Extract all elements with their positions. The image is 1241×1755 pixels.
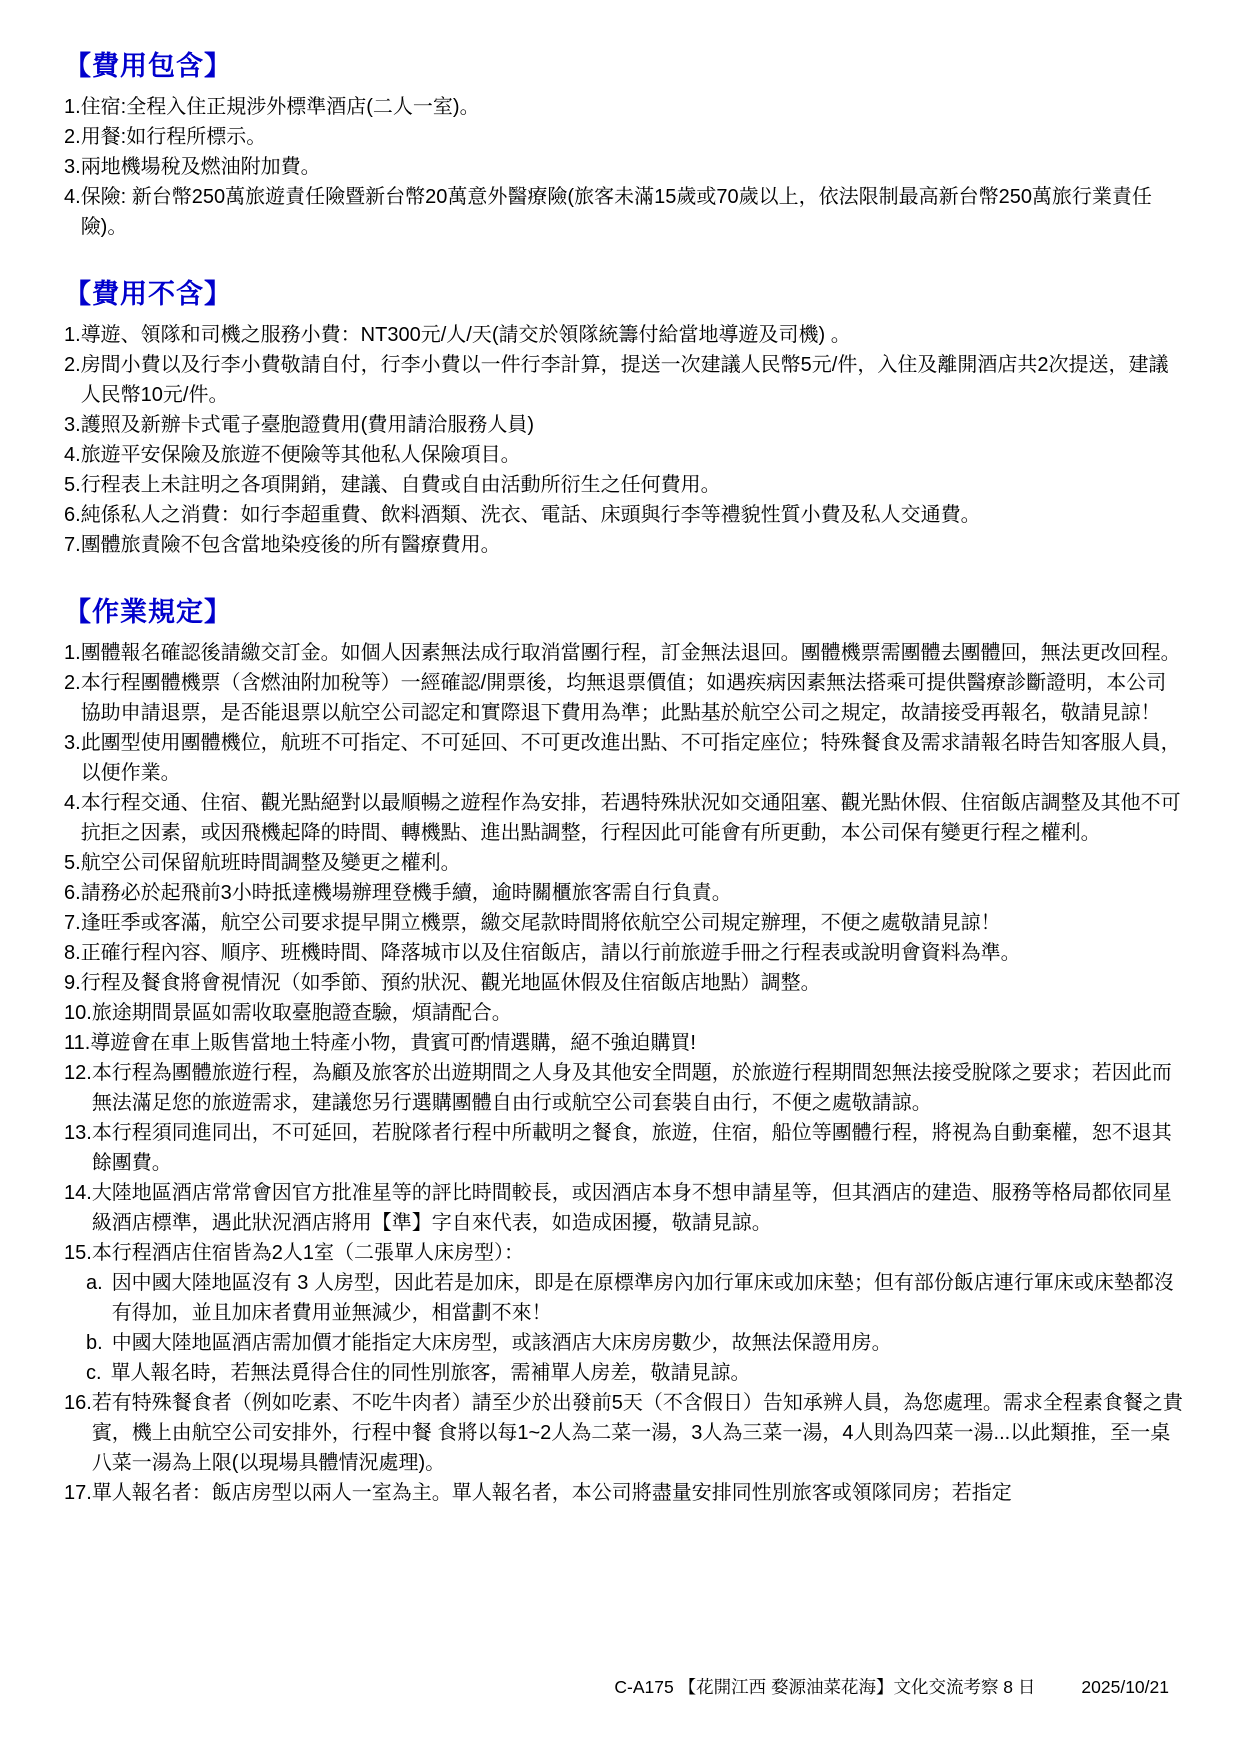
item-number: 6. (64, 500, 81, 530)
item-number: 7. (64, 908, 81, 938)
item-text: 住宿:全程入住正規涉外標準酒店(二人一室)。 (81, 92, 1183, 122)
item-text: 大陸地區酒店常常會因官方批准星等的評比時間較長，或因酒店本身不想申請星等，但其酒… (92, 1178, 1183, 1238)
list-item: 9.行程及餐食將會視情況（如季節、預約狀況、觀光地區休假及住宿飯店地點）調整。 (64, 968, 1183, 998)
list-item: 7.團體旅責險不包含當地染疫後的所有醫療費用。 (64, 530, 1183, 560)
list-item: 15.本行程酒店住宿皆為2人1室（二張單人床房型）： (64, 1238, 1183, 1268)
item-number: 11. (64, 1028, 90, 1058)
item-text: 導遊、領隊和司機之服務小費：NT300元/人/天(請交於領隊統籌付給當地導遊及司… (81, 320, 1183, 350)
item-text: 旅途期間景區如需收取臺胞證查驗，煩請配合。 (92, 998, 1183, 1028)
page-footer: C-A175 【花開江西 婺源油菜花海】文化交流考察 8 日 2025/10/2… (0, 1676, 1169, 1698)
item-text: 行程及餐食將會視情況（如季節、預約狀況、觀光地區休假及住宿飯店地點）調整。 (81, 968, 1183, 998)
list-item: 1.團體報名確認後請繳交訂金。如個人因素無法成行取消當團行程，訂金無法退回。團體… (64, 638, 1183, 668)
item-number: 12. (64, 1058, 92, 1088)
section: 【費用包含】1.住宿:全程入住正規涉外標準酒店(二人一室)。2.用餐:如行程所標… (64, 48, 1183, 242)
item-number: 4. (64, 788, 81, 818)
list-item: 2.本行程團體機票（含燃油附加稅等）一經確認/開票後，均無退票價值；如遇疾病因素… (64, 668, 1183, 728)
item-number: 17. (64, 1478, 92, 1508)
list-item: 8.正確行程內容、順序、班機時間、降落城市以及住宿飯店，請以行前旅遊手冊之行程表… (64, 938, 1183, 968)
list-item: 13.本行程須同進同出，不可延回，若脫隊者行程中所載明之餐食，旅遊，住宿，船位等… (64, 1118, 1183, 1178)
list-item: 7.逢旺季或客滿，航空公司要求提早開立機票，繳交尾款時間將依航空公司規定辦理，不… (64, 908, 1183, 938)
item-number: 2. (64, 350, 81, 380)
item-text: 正確行程內容、順序、班機時間、降落城市以及住宿飯店，請以行前旅遊手冊之行程表或說… (81, 938, 1183, 968)
item-text: 若有特殊餐食者（例如吃素、不吃牛肉者）請至少於出發前5天（不含假日）告知承辨人員… (92, 1388, 1183, 1478)
item-number: 7. (64, 530, 81, 560)
section-title: 【費用不含】 (64, 276, 1183, 312)
subitem-text: 因中國大陸地區沒有 3 人房型，因此若是加床，即是在原標準房內加行軍床或加床墊；… (112, 1268, 1183, 1328)
list-subitem: a.因中國大陸地區沒有 3 人房型，因此若是加床，即是在原標準房內加行軍床或加床… (86, 1268, 1183, 1328)
item-number: 6. (64, 878, 81, 908)
section-title: 【費用包含】 (64, 48, 1183, 84)
item-number: 5. (64, 848, 81, 878)
list-item: 5.行程表上未註明之各項開銷，建議、自費或自由活動所衍生之任何費用。 (64, 470, 1183, 500)
footer-tour-code-title: C-A175 【花開江西 婺源油菜花海】文化交流考察 8 日 (614, 1676, 1035, 1698)
item-number: 3. (64, 152, 81, 182)
item-text: 此團型使用團體機位，航班不可指定、不可延回、不可更改進出點、不可指定座位；特殊餐… (81, 728, 1183, 788)
item-text: 護照及新辦卡式電子臺胞證費用(費用請洽服務人員) (81, 410, 1183, 440)
item-number: 1. (64, 92, 81, 122)
list-subitem: c.單人報名時，若無法覓得合住的同性別旅客，需補單人房差，敬請見諒。 (86, 1358, 1183, 1388)
item-text: 本行程酒店住宿皆為2人1室（二張單人床房型）： (92, 1238, 1183, 1268)
item-text: 本行程交通、住宿、觀光點絕對以最順暢之遊程作為安排，若遇特殊狀況如交通阻塞、觀光… (81, 788, 1183, 848)
list-item: 2.用餐:如行程所標示。 (64, 122, 1183, 152)
item-text: 單人報名者：飯店房型以兩人一室為主。單人報名者，本公司將盡量安排同性別旅客或領隊… (92, 1478, 1183, 1508)
item-number: 14. (64, 1178, 92, 1208)
section-title: 【作業規定】 (64, 594, 1183, 630)
item-text: 房間小費以及行李小費敬請自付，行李小費以一件行李計算，提送一次建議人民幣5元/件… (81, 350, 1183, 410)
list-item: 6.純係私人之消費：如行李超重費、飲料酒類、洗衣、電話、床頭與行李等禮貌性質小費… (64, 500, 1183, 530)
item-number: 2. (64, 668, 81, 698)
item-number: 15. (64, 1238, 92, 1268)
item-text: 航空公司保留航班時間調整及變更之權利。 (81, 848, 1183, 878)
item-number: 3. (64, 728, 81, 758)
item-text: 導遊會在車上販售當地土特產小物，貴賓可酌情選購，絕不強迫購買! (90, 1028, 1183, 1058)
item-text: 旅遊平安保險及旅遊不便險等其他私人保險項目。 (81, 440, 1183, 470)
subitem-letter: b. (86, 1328, 103, 1358)
item-number: 1. (64, 320, 81, 350)
item-number: 1. (64, 638, 81, 668)
item-number: 16. (64, 1388, 92, 1418)
item-number: 2. (64, 122, 81, 152)
item-text: 用餐:如行程所標示。 (81, 122, 1183, 152)
item-number: 5. (64, 470, 81, 500)
list-item: 6.請務必於起飛前3小時抵達機場辦理登機手續，逾時關櫃旅客需自行負責。 (64, 878, 1183, 908)
item-text: 純係私人之消費：如行李超重費、飲料酒類、洗衣、電話、床頭與行李等禮貌性質小費及私… (81, 500, 1183, 530)
item-number: 10. (64, 998, 92, 1028)
footer-date: 2025/10/21 (1081, 1676, 1169, 1698)
document-page: 【費用包含】1.住宿:全程入住正規涉外標準酒店(二人一室)。2.用餐:如行程所標… (0, 0, 1241, 1508)
list-item: 4.保險: 新台幣250萬旅遊責任險暨新台幣20萬意外醫療險(旅客未滿15歲或7… (64, 182, 1183, 242)
item-text: 團體報名確認後請繳交訂金。如個人因素無法成行取消當團行程，訂金無法退回。團體機票… (81, 638, 1183, 668)
item-text: 行程表上未註明之各項開銷，建議、自費或自由活動所衍生之任何費用。 (81, 470, 1183, 500)
item-text: 本行程須同進同出，不可延回，若脫隊者行程中所載明之餐食，旅遊，住宿，船位等團體行… (92, 1118, 1183, 1178)
item-text: 兩地機場稅及燃油附加費。 (81, 152, 1183, 182)
item-number: 4. (64, 182, 81, 212)
subitem-letter: c. (86, 1358, 102, 1388)
item-text: 保險: 新台幣250萬旅遊責任險暨新台幣20萬意外醫療險(旅客未滿15歲或70歲… (81, 182, 1183, 242)
list-item: 5.航空公司保留航班時間調整及變更之權利。 (64, 848, 1183, 878)
item-text: 請務必於起飛前3小時抵達機場辦理登機手續，逾時關櫃旅客需自行負責。 (81, 878, 1183, 908)
list-item: 1.導遊、領隊和司機之服務小費：NT300元/人/天(請交於領隊統籌付給當地導遊… (64, 320, 1183, 350)
item-number: 3. (64, 410, 81, 440)
item-text: 團體旅責險不包含當地染疫後的所有醫療費用。 (81, 530, 1183, 560)
list-item: 17.單人報名者：飯店房型以兩人一室為主。單人報名者，本公司將盡量安排同性別旅客… (64, 1478, 1183, 1508)
list-item: 11.導遊會在車上販售當地土特產小物，貴賓可酌情選購，絕不強迫購買! (64, 1028, 1183, 1058)
subitem-letter: a. (86, 1268, 103, 1298)
list-item: 3.兩地機場稅及燃油附加費。 (64, 152, 1183, 182)
item-number: 13. (64, 1118, 92, 1148)
item-number: 4. (64, 440, 81, 470)
list-item: 12.本行程為團體旅遊行程，為顧及旅客於出遊期間之人身及其他安全問題，於旅遊行程… (64, 1058, 1183, 1118)
item-text: 逢旺季或客滿，航空公司要求提早開立機票，繳交尾款時間將依航空公司規定辦理，不便之… (81, 908, 1183, 938)
list-item: 3.此團型使用團體機位，航班不可指定、不可延回、不可更改進出點、不可指定座位；特… (64, 728, 1183, 788)
item-number: 8. (64, 938, 81, 968)
item-text: 本行程為團體旅遊行程，為顧及旅客於出遊期間之人身及其他安全問題，於旅遊行程期間恕… (92, 1058, 1183, 1118)
list-item: 2.房間小費以及行李小費敬請自付，行李小費以一件行李計算，提送一次建議人民幣5元… (64, 350, 1183, 410)
subitem-text: 中國大陸地區酒店需加價才能指定大床房型，或該酒店大床房房數少，故無法保證用房。 (112, 1328, 1183, 1358)
item-number: 9. (64, 968, 81, 998)
document-body: 【費用包含】1.住宿:全程入住正規涉外標準酒店(二人一室)。2.用餐:如行程所標… (64, 48, 1183, 1508)
list-item: 3.護照及新辦卡式電子臺胞證費用(費用請洽服務人員) (64, 410, 1183, 440)
section: 【作業規定】1.團體報名確認後請繳交訂金。如個人因素無法成行取消當團行程，訂金無… (64, 594, 1183, 1508)
list-subitem: b.中國大陸地區酒店需加價才能指定大床房型，或該酒店大床房房數少，故無法保證用房… (86, 1328, 1183, 1358)
subitem-text: 單人報名時，若無法覓得合住的同性別旅客，需補單人房差，敬請見諒。 (111, 1358, 1183, 1388)
item-text: 本行程團體機票（含燃油附加稅等）一經確認/開票後，均無退票價值；如遇疾病因素無法… (81, 668, 1183, 728)
list-item: 10.旅途期間景區如需收取臺胞證查驗，煩請配合。 (64, 998, 1183, 1028)
list-item: 4.本行程交通、住宿、觀光點絕對以最順暢之遊程作為安排，若遇特殊狀況如交通阻塞、… (64, 788, 1183, 848)
list-item: 1.住宿:全程入住正規涉外標準酒店(二人一室)。 (64, 92, 1183, 122)
list-item: 14.大陸地區酒店常常會因官方批准星等的評比時間較長，或因酒店本身不想申請星等，… (64, 1178, 1183, 1238)
section: 【費用不含】1.導遊、領隊和司機之服務小費：NT300元/人/天(請交於領隊統籌… (64, 276, 1183, 560)
list-item: 4.旅遊平安保險及旅遊不便險等其他私人保險項目。 (64, 440, 1183, 470)
list-item: 16.若有特殊餐食者（例如吃素、不吃牛肉者）請至少於出發前5天（不含假日）告知承… (64, 1388, 1183, 1478)
